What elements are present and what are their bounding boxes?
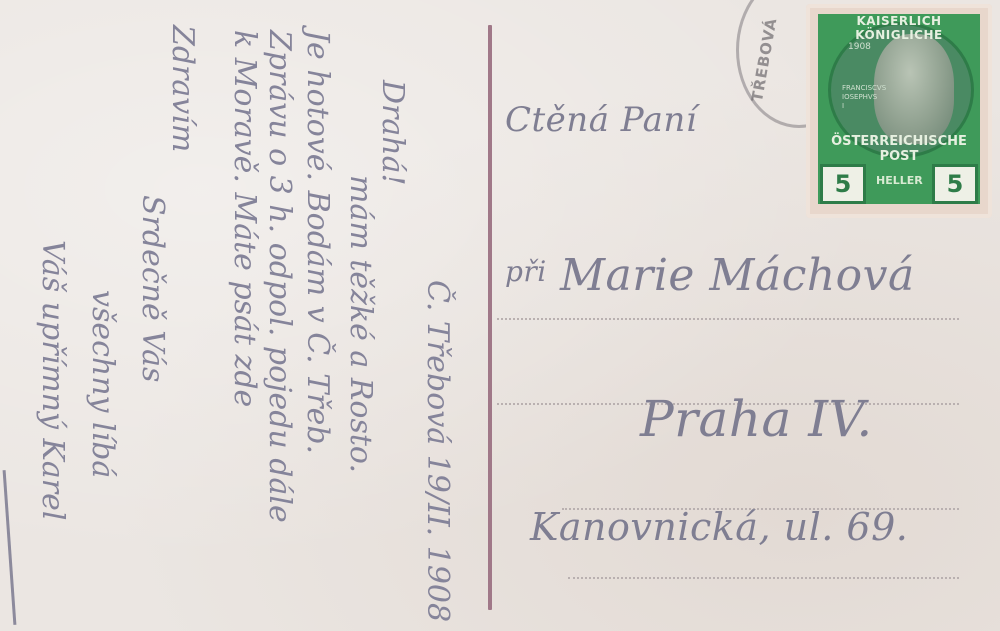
stamp-body: KAISERLICH KÖNIGLICHE 1908 FRANCISCVS IO… — [818, 14, 980, 204]
address-street: Kanovnická, ul. 69. — [530, 505, 908, 549]
stamp-denomination: HELLER — [876, 174, 922, 187]
message-line-3: Je hotové. Bodám v Č. Třeb. — [300, 30, 335, 454]
stamp-year: 1908 — [848, 42, 871, 52]
postcard-divider — [488, 25, 492, 610]
message-line-5: k Moravě. Máte psát zde — [227, 30, 262, 407]
message-line-9: Váš upřímný Karel — [35, 240, 70, 520]
stamp-portrait-icon — [874, 34, 954, 144]
address-prefix: při — [505, 255, 547, 288]
message-line-2: mám těžké a Rosto. — [343, 175, 378, 473]
address-city: Praha IV. — [640, 390, 873, 448]
stamp-value-right: 5 — [932, 164, 978, 204]
stamp-top-text: KAISERLICH KÖNIGLICHE — [818, 14, 980, 42]
message-line-7: Srdečně Vás — [135, 195, 170, 382]
message-line-8: všechny líbá — [85, 290, 120, 478]
postcard-back: Č. Třebová 19/II. 1908 Drahá! mám těžké … — [0, 0, 1000, 631]
stamp-bottom-text: ÖSTERREICHISCHE POST — [822, 134, 976, 164]
address-salutation: Ctěná Paní — [505, 100, 697, 140]
stamp-portrait-caption: FRANCISCVS IOSEPHVS I — [842, 84, 876, 111]
address-line-4 — [568, 577, 959, 579]
signature-underline — [3, 470, 17, 625]
message-date-line: Č. Třebová 19/II. 1908 — [420, 280, 455, 622]
address-name: Marie Máchová — [560, 250, 915, 301]
address-line-1 — [497, 318, 959, 320]
message-line-4: Zprávu o 3 h. odpol. pojedu dále — [262, 30, 297, 523]
stamp-value-left: 5 — [820, 164, 866, 204]
message-line-1: Drahá! — [375, 80, 410, 186]
message-line-6: Zdravím — [165, 25, 200, 152]
postage-stamp: KAISERLICH KÖNIGLICHE 1908 FRANCISCVS IO… — [806, 4, 992, 218]
